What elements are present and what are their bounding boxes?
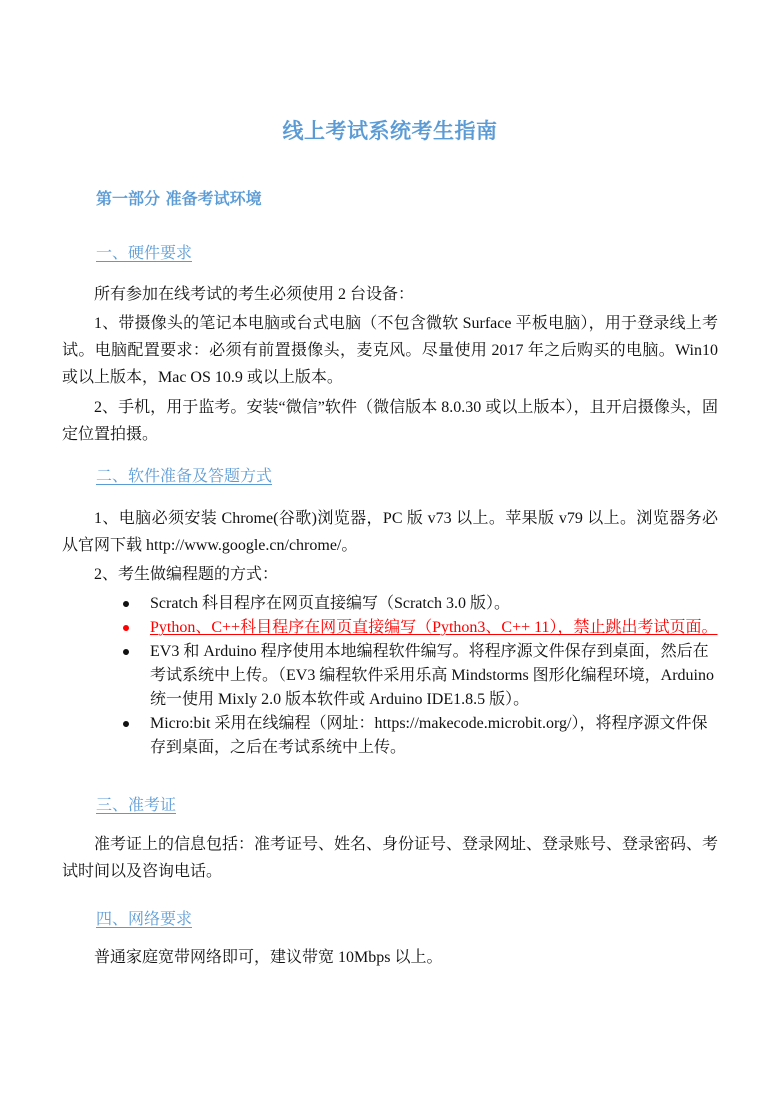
section-heading-network[interactable]: 四、网络要求 <box>96 906 192 929</box>
programming-method-list: Scratch 科目程序在网页直接编写（Scratch 3.0 版）。 Pyth… <box>120 592 720 760</box>
paragraph-computer-requirement: 1、带摄像头的笔记本电脑或台式电脑（不包含微软 Surface 平板电脑），用于… <box>62 310 718 391</box>
section-heading-hardware[interactable]: 一、硬件要求 <box>96 240 192 263</box>
list-item-python-cpp-warning: Python、C++科目程序在网页直接编写（Python3、C++ 11），禁止… <box>120 616 720 640</box>
paragraph-chrome-requirement: 1、电脑必须安装 Chrome(谷歌)浏览器，PC 版 v73 以上。苹果版 v… <box>62 505 718 559</box>
list-item-text: Python、C++科目程序在网页直接编写（Python3、C++ 11），禁止… <box>150 619 718 636</box>
bullet-icon <box>123 601 129 607</box>
list-item-ev3-arduino: EV3 和 Arduino 程序使用本地编程软件编写。将程序源文件保存到桌面，然… <box>120 640 720 712</box>
paragraph-programming-methods: 2、考生做编程题的方式： <box>62 561 718 588</box>
list-item-text: Micro:bit 采用在线编程（网址：https://makecode.mic… <box>150 715 707 756</box>
section-heading-software[interactable]: 二、软件准备及答题方式 <box>96 463 272 486</box>
paragraph-ticket-info: 准考证上的信息包括：准考证号、姓名、身份证号、登录网址、登录账号、登录密码、考试… <box>62 831 718 885</box>
paragraph-phone-requirement: 2、手机，用于监考。安装“微信”软件（微信版本 8.0.30 或以上版本），且开… <box>62 394 718 448</box>
bullet-icon <box>123 625 129 631</box>
paragraph-devices-intro: 所有参加在线考试的考生必须使用 2 台设备： <box>62 281 718 308</box>
list-item-scratch: Scratch 科目程序在网页直接编写（Scratch 3.0 版）。 <box>120 592 720 616</box>
list-item-text: EV3 和 Arduino 程序使用本地编程软件编写。将程序源文件保存到桌面，然… <box>150 643 714 708</box>
list-item-text: Scratch 科目程序在网页直接编写（Scratch 3.0 版）。 <box>150 595 510 612</box>
bullet-icon <box>123 721 129 727</box>
bullet-icon <box>123 649 129 655</box>
section-heading-admission-ticket[interactable]: 三、准考证 <box>96 792 176 815</box>
part-title: 第一部分 准备考试环境 <box>96 186 262 209</box>
list-item-microbit: Micro:bit 采用在线编程（网址：https://makecode.mic… <box>120 712 720 760</box>
document-page: 线上考试系统考生指南 第一部分 准备考试环境 一、硬件要求 所有参加在线考试的考… <box>0 0 780 1099</box>
paragraph-network-requirement: 普通家庭宽带网络即可，建议带宽 10Mbps 以上。 <box>62 944 718 971</box>
document-title: 线上考试系统考生指南 <box>0 115 780 145</box>
